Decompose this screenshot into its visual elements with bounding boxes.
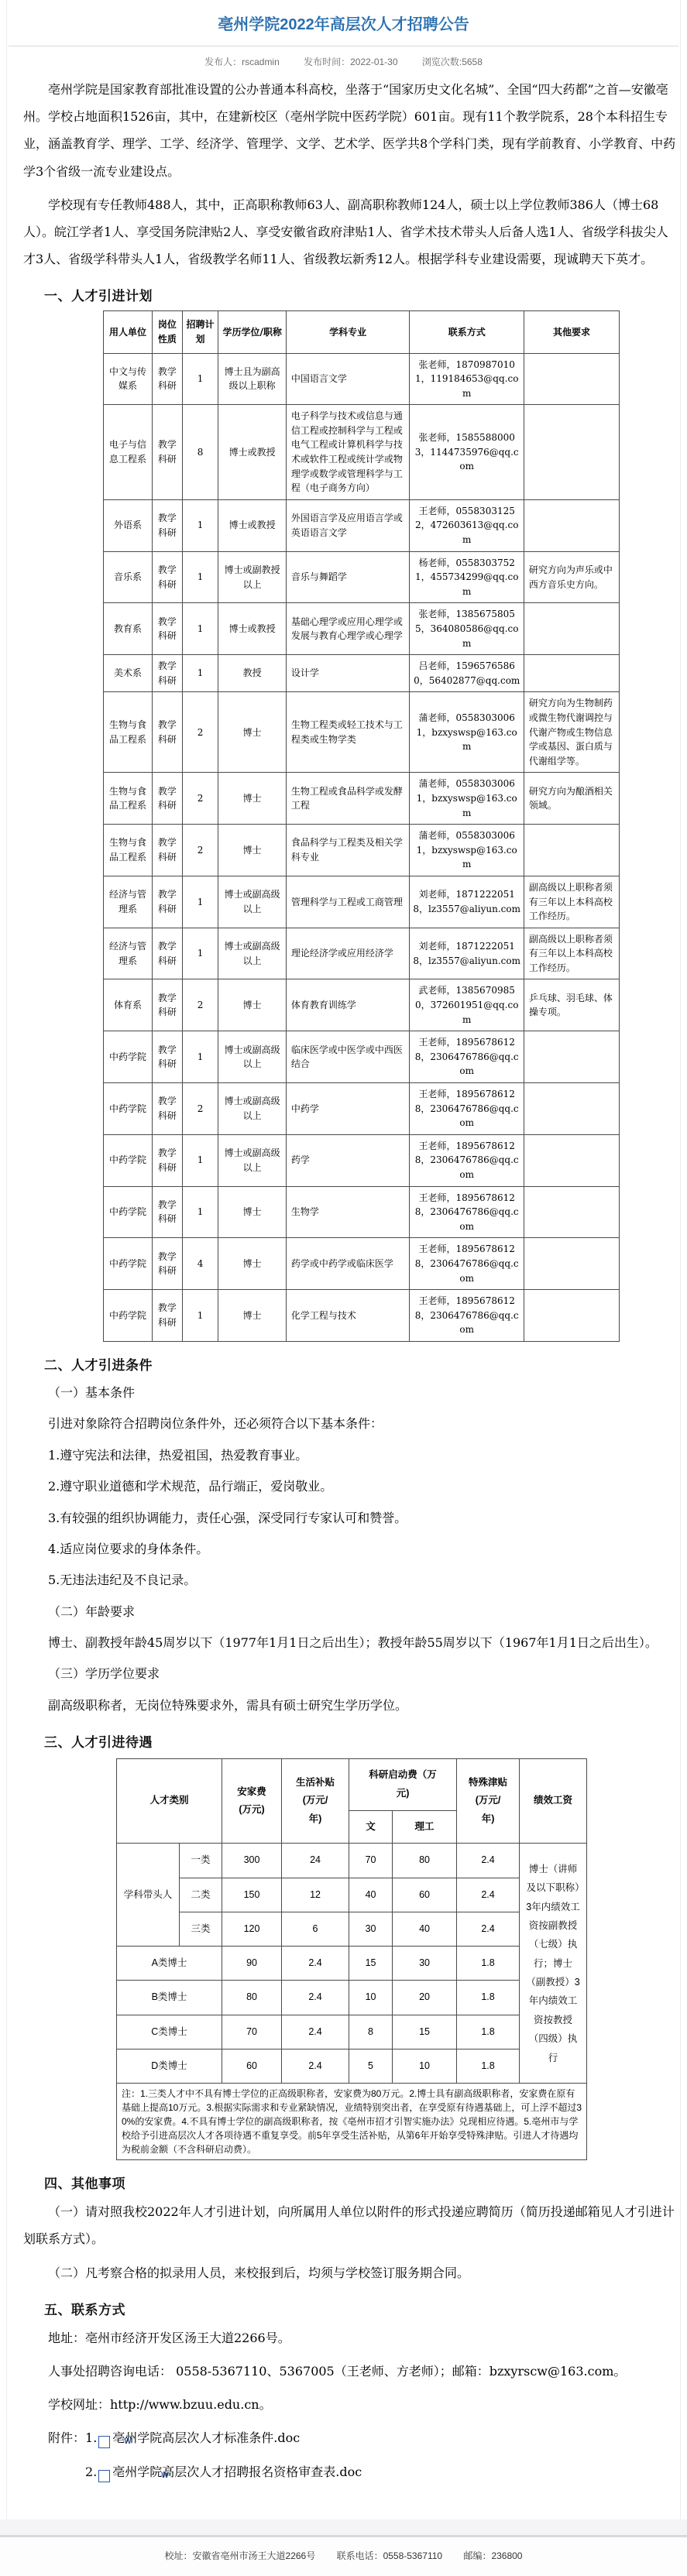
- plan-table-cell: 研究方向为酿酒相关领域。: [524, 773, 619, 825]
- attachment-name: 亳州学院高层次人才标准条件.doc: [112, 2430, 300, 2445]
- plan-table-cell: 药学或中药学或临床医学: [286, 1238, 410, 1290]
- plan-table-cell: 张老师，18709870101，119184653@qq.com: [410, 353, 524, 405]
- plan-table-row: 教育系教学科研1博士或教授基础心理学或应用心理学或发展与教育心理学或心理学张老师…: [104, 603, 620, 655]
- plan-table-cell: 音乐系: [104, 551, 153, 603]
- plan-table-cell: 王老师，18956786128，2306476786@qq.com: [410, 1031, 524, 1083]
- plan-table-header-row: 用人单位 岗位性质 招聘计划 学历学位/职称 学科专业 联系方式 其他要求: [104, 311, 620, 353]
- footer-band: [0, 2519, 687, 2535]
- plan-table-cell: 理论经济学或应用经济学: [286, 928, 410, 979]
- plan-table-row: 中药学院教学科研1博士生物学王老师，18956786128，2306476786…: [104, 1186, 620, 1238]
- treat-value-cell: 10: [349, 1981, 393, 2015]
- plan-table-cell: 1: [182, 1290, 218, 1342]
- article-card: 亳州学院2022年高层次人才招聘公告 发布人：rscadmin 发布时间：202…: [6, 0, 681, 2519]
- treat-value-cell: 40: [349, 1878, 393, 1912]
- plan-header-post-type: 岗位性质: [153, 311, 183, 353]
- plan-table-row: 中文与传媒系教学科研1博士且为副高级以上职称中国语言文学张老师，18709870…: [104, 353, 620, 405]
- plan-table-cell: 临床医学或中医学或中西医结合: [286, 1031, 410, 1083]
- plan-table-cell: 电子与信息工程系: [104, 405, 153, 500]
- plan-table-cell: 中药学: [286, 1083, 410, 1135]
- treat-tier-label: 二类: [180, 1878, 222, 1912]
- plan-table-cell: 中药学院: [104, 1238, 153, 1290]
- treat-value-cell: 2.4: [282, 1981, 349, 2015]
- treat-value-cell: 70: [222, 2015, 282, 2049]
- treat-tier-label: 一类: [180, 1844, 222, 1878]
- plan-table-cell: 教学科研: [153, 655, 183, 692]
- treat-value-cell: 2.4: [457, 1912, 520, 1946]
- plan-table-cell: 博士: [218, 692, 286, 773]
- plan-table-cell: 生物工程或食品科学或发酵工程: [286, 773, 410, 825]
- section2-title: 二、人才引进条件: [23, 1354, 677, 1374]
- basic-conditions-title: （一）基本条件: [23, 1380, 677, 1406]
- treat-value-cell: 20: [393, 1981, 457, 2015]
- contact-website: 学校网址：http://www.bzuu.edu.cn。: [23, 2391, 677, 2418]
- plan-table-cell: 音乐与舞蹈学: [286, 551, 410, 603]
- plan-table-cell: 博士: [218, 1238, 286, 1290]
- plan-table-cell: 基础心理学或应用心理学或发展与教育心理学或心理学: [286, 603, 410, 655]
- attachment-link-1[interactable]: 1.亳州学院高层次人才标准条件.doc: [85, 2430, 300, 2445]
- treat-tier-row: 学科带头人一类3002470802.4博士（讲师及以下职称）3年内绩效工资按副教…: [117, 1844, 587, 1878]
- footer-phone: 联系电话：0558-5367110: [337, 2550, 443, 2561]
- plan-table-cell: 生物与食品工程系: [104, 692, 153, 773]
- treat-value-cell: 15: [349, 1947, 393, 1981]
- treat-value-cell: 6: [282, 1912, 349, 1946]
- plan-table-cell: 药学: [286, 1134, 410, 1186]
- plan-table-row: 美术系教学科研1教授设计学吕老师，15965765860，56402877@qq…: [104, 655, 620, 692]
- intro-paragraph-1: 亳州学院是国家教育部批准设置的公办普通本科高校，坐落于“国家历史文化名城”、全国…: [23, 76, 677, 185]
- plan-table-cell: 中药学院: [104, 1031, 153, 1083]
- basic-condition-item: 2.遵守职业道德和学术规范，品行端正，爱岗敬业。: [23, 1473, 677, 1500]
- treat-header-category: 人才类别: [117, 1759, 222, 1844]
- plan-table-cell: 2: [182, 773, 218, 825]
- plan-table-cell: 研究方向为生物制药或微生物代谢调控与代谢产物或生物信息学或基因、蛋白质与代谢组学…: [524, 692, 619, 773]
- plan-table-cell: 博士: [218, 773, 286, 825]
- plan-header-contact: 联系方式: [410, 311, 524, 353]
- plan-table-cell: 张老师，15855880003，1144735976@qq.com: [410, 405, 524, 500]
- basic-condition-item: 1.遵守宪法和法律，热爱祖国，热爱教育事业。: [23, 1442, 677, 1469]
- treat-value-cell: 2.4: [282, 1947, 349, 1981]
- plan-table-cell: 1: [182, 1134, 218, 1186]
- plan-table-cell: 吕老师，15965765860，56402877@qq.com: [410, 655, 524, 692]
- plan-table-cell: 蒲老师，05583030061，bzxyswsp@163.com: [410, 692, 524, 773]
- treat-value-cell: 30: [349, 1912, 393, 1946]
- treat-header-row-1: 人才类别 安家费 (万元) 生活补贴 (万元/ 年) 科研启动费（万 元) 特殊…: [117, 1759, 587, 1811]
- plan-table-cell: 博士: [218, 1186, 286, 1238]
- plan-table-cell: 博士: [218, 979, 286, 1031]
- treat-value-cell: 80: [222, 1981, 282, 2015]
- attachment-link-2[interactable]: 2.亳州学院高层次人才招聘报名资格审查表.doc: [85, 2465, 362, 2479]
- plan-table-cell: 中国语言文学: [286, 353, 410, 405]
- plan-table-cell: 教学科研: [153, 499, 183, 551]
- plan-table-cell: [524, 499, 619, 551]
- plan-table-cell: 生物与食品工程系: [104, 825, 153, 876]
- plan-table-body: 中文与传媒系教学科研1博士且为副高级以上职称中国语言文学张老师，18709870…: [104, 353, 620, 1341]
- plan-table-cell: 博士或副教授以上: [218, 551, 286, 603]
- treat-value-cell: 60: [393, 1878, 457, 1912]
- plan-header-count: 招聘计划: [182, 311, 218, 353]
- plan-table-cell: 1: [182, 353, 218, 405]
- treat-tier-row: 三类120630402.4: [117, 1912, 587, 1946]
- attachment-number: 2.: [85, 2465, 97, 2479]
- treat-value-cell: 30: [393, 1947, 457, 1981]
- treat-doctor-label: C类博士: [117, 2015, 222, 2049]
- intro-paragraph-2: 学校现有专任教师488人，其中，正高职称教师63人、副高职称教师124人，硕士以…: [23, 191, 677, 273]
- footer-text: 校址：安徽省亳州市汤王大道2266号 联系电话：0558-5367110 邮编：…: [0, 2537, 687, 2576]
- treat-note-cell: 注：1.三类人才中不具有博士学位的正高级职称者，安家费为80万元。2.博士具有副…: [117, 2084, 587, 2160]
- plan-table-cell: 设计学: [286, 655, 410, 692]
- plan-table-cell: 教授: [218, 655, 286, 692]
- plan-table-cell: 教学科研: [153, 1238, 183, 1290]
- plan-table-cell: [524, 405, 619, 500]
- treat-value-cell: 15: [393, 2015, 457, 2049]
- word-doc-icon: [98, 2436, 110, 2448]
- plan-table-cell: 体育教育训练学: [286, 979, 410, 1031]
- plan-table-cell: 张老师，13856758055，364080586@qq.com: [410, 603, 524, 655]
- treat-value-cell: 8: [349, 2015, 393, 2049]
- age-requirement-title: （二）年龄要求: [23, 1599, 677, 1625]
- treat-value-cell: 150: [222, 1878, 282, 1912]
- plan-table-cell: 博士或教授: [218, 499, 286, 551]
- treat-value-cell: 5: [349, 2049, 393, 2083]
- plan-table-row: 经济与管理系教学科研1博士或副高级以上管理科学与工程或工商管理刘老师，18712…: [104, 876, 620, 928]
- plan-table-cell: 教学科研: [153, 825, 183, 876]
- plan-table-row: 生物与食品工程系教学科研2博士生物工程类或轻工技术与工程类或生物学类蒲老师，05…: [104, 692, 620, 773]
- plan-table-cell: 中文与传媒系: [104, 353, 153, 405]
- treat-doctor-label: A类博士: [117, 1947, 222, 1981]
- treat-value-cell: 90: [222, 1947, 282, 1981]
- section4-title: 四、其他事项: [23, 2173, 677, 2192]
- plan-table-cell: 1: [182, 499, 218, 551]
- plan-table-cell: 王老师，18956786128，2306476786@qq.com: [410, 1186, 524, 1238]
- plan-table-cell: 博士或副高级以上: [218, 1083, 286, 1135]
- plan-table-cell: 生物学: [286, 1186, 410, 1238]
- treat-value-cell: 120: [222, 1912, 282, 1946]
- plan-table-cell: 4: [182, 1238, 218, 1290]
- plan-table-cell: 1: [182, 1186, 218, 1238]
- plan-table-cell: [524, 1134, 619, 1186]
- plan-table-cell: 武老师，13856709850，372601951@qq.com: [410, 979, 524, 1031]
- plan-table-cell: 博士或副高级以上: [218, 1031, 286, 1083]
- plan-table-cell: 生物与食品工程系: [104, 773, 153, 825]
- treat-header-perf: 绩效工资: [520, 1759, 587, 1844]
- plan-table-row: 中药学院教学科研4博士药学或中药学或临床医学王老师，18956786128，23…: [104, 1238, 620, 1290]
- plan-table-cell: [524, 825, 619, 876]
- treat-perf-cell: 博士（讲师及以下职称）3年内绩效工资按副教授（七级）执行；博士（副教授）3年内绩…: [520, 1844, 587, 2084]
- plan-table-cell: 中药学院: [104, 1290, 153, 1342]
- plan-table-cell: 教学科研: [153, 1083, 183, 1135]
- plan-table-row: 外语系教学科研1博士或教授外国语言学及应用语言学或英语语言文学王老师，05583…: [104, 499, 620, 551]
- plan-table-cell: 1: [182, 876, 218, 928]
- treat-value-cell: 2.4: [457, 1844, 520, 1878]
- other-matters-p2: （二）凡考察合格的拟录用人员，来校报到后，均须与学校签订服务期合同。: [23, 2259, 677, 2286]
- treat-tier-label: 三类: [180, 1912, 222, 1946]
- plan-table-cell: 中药学院: [104, 1134, 153, 1186]
- treat-doctor-row: D类博士602.45101.8: [117, 2049, 587, 2083]
- plan-table-cell: 体育系: [104, 979, 153, 1031]
- plan-table-cell: 教学科研: [153, 353, 183, 405]
- plan-table-cell: 刘老师，18712220518，lz3557@aliyun.com: [410, 928, 524, 979]
- plan-table-cell: 教学科研: [153, 979, 183, 1031]
- footer-zip: 邮编：236800: [463, 2550, 522, 2561]
- basic-conditions-intro: 引进对象除符合招聘岗位条件外，还必须符合以下基本条件：: [23, 1411, 677, 1437]
- degree-requirement-title: （三）学历学位要求: [23, 1661, 677, 1687]
- word-doc-icon: [98, 2470, 110, 2482]
- section3-title: 三、人才引进待遇: [23, 1731, 677, 1751]
- plan-table-cell: 教学科研: [153, 773, 183, 825]
- plan-table-cell: 2: [182, 1083, 218, 1135]
- treat-group-cell: 学科带头人: [117, 1844, 180, 1947]
- meta-publish-time: 发布时间：2022-01-30: [304, 57, 397, 67]
- basic-condition-item: 4.适应岗位要求的身体条件。: [23, 1536, 677, 1562]
- contact-address: 地址：亳州市经济开发区汤王大道2266号。: [23, 2324, 677, 2351]
- plan-table-cell: 博士或副高级以上: [218, 928, 286, 979]
- article-content: 亳州学院是国家教育部批准设置的公办普通本科高校，坐落于“国家历史文化名城”、全国…: [7, 76, 680, 2485]
- plan-header-major: 学科专业: [286, 311, 410, 353]
- plan-table-cell: 博士: [218, 825, 286, 876]
- plan-table-cell: 研究方向为声乐或中西方音乐史方向。: [524, 551, 619, 603]
- plan-table-cell: [524, 1083, 619, 1135]
- plan-table-cell: 教学科研: [153, 876, 183, 928]
- plan-table-row: 经济与管理系教学科研1博士或副高级以上理论经济学或应用经济学刘老师，187122…: [104, 928, 620, 979]
- contact-phone: 人事处招聘咨询电话： 0558-5367110、5367005（王老师、方老师）…: [23, 2358, 677, 2385]
- treat-value-cell: 2.4: [282, 2015, 349, 2049]
- treat-header-ligong: 理工: [393, 1810, 457, 1844]
- plan-table-cell: 王老师，18956786128，2306476786@qq.com: [410, 1134, 524, 1186]
- plan-table-cell: 蒲老师，05583030061，bzxyswsp@163.com: [410, 825, 524, 876]
- footer-address: 校址：安徽省亳州市汤王大道2266号: [165, 2550, 316, 2561]
- plan-table-cell: [524, 353, 619, 405]
- plan-table-cell: 8: [182, 405, 218, 500]
- plan-table-cell: 蒲老师，05583030061，bzxyswsp@163.com: [410, 773, 524, 825]
- plan-table-cell: 教学科研: [153, 928, 183, 979]
- treat-value-cell: 1.8: [457, 2015, 520, 2049]
- plan-table-cell: 乒乓球、羽毛球、体操专项。: [524, 979, 619, 1031]
- plan-table-row: 中药学院教学科研2博士或副高级以上中药学王老师，18956786128，2306…: [104, 1083, 620, 1135]
- plan-table-cell: 博士或副高级以上: [218, 1134, 286, 1186]
- plan-table-cell: 教学科研: [153, 1134, 183, 1186]
- meta-views: 浏览次数:5658: [422, 57, 483, 67]
- plan-header-other: 其他要求: [524, 311, 619, 353]
- plan-table-row: 电子与信息工程系教学科研8博士或教授电子科学与技术或信息与通信工程或控制科学与工…: [104, 405, 620, 500]
- plan-table-cell: 博士或副高级以上: [218, 876, 286, 928]
- degree-requirement-text: 副高级职称者，无岗位特殊要求外，需具有硕士研究生学历学位。: [23, 1693, 677, 1719]
- plan-table-cell: 1: [182, 603, 218, 655]
- plan-table-cell: 博士或教授: [218, 405, 286, 500]
- treat-value-cell: 70: [349, 1844, 393, 1878]
- plan-table-cell: 博士或教授: [218, 603, 286, 655]
- plan-table-cell: 生物工程类或轻工技术与工程类或生物学类: [286, 692, 410, 773]
- plan-table-cell: 教学科研: [153, 1186, 183, 1238]
- plan-table-cell: 教学科研: [153, 405, 183, 500]
- treatment-table: 人才类别 安家费 (万元) 生活补贴 (万元/ 年) 科研启动费（万 元) 特殊…: [116, 1758, 587, 2160]
- plan-table-cell: 经济与管理系: [104, 928, 153, 979]
- plan-table-row: 生物与食品工程系教学科研2博士生物工程或食品科学或发酵工程蒲老师，0558303…: [104, 773, 620, 825]
- treat-tier-row: 二类1501240602.4: [117, 1878, 587, 1912]
- treat-doctor-row: B类博士802.410201.8: [117, 1981, 587, 2015]
- treat-header-living: 生活补贴 (万元/ 年): [282, 1759, 349, 1844]
- treat-value-cell: 2.4: [457, 1878, 520, 1912]
- treat-value-cell: 60: [222, 2049, 282, 2083]
- plan-table-cell: 经济与管理系: [104, 876, 153, 928]
- plan-table-cell: 中药学院: [104, 1186, 153, 1238]
- treat-header-settle: 安家费 (万元): [222, 1759, 282, 1844]
- plan-table-cell: 博士: [218, 1290, 286, 1342]
- plan-table-cell: 管理科学与工程或工商管理: [286, 876, 410, 928]
- attachment-name: 亳州学院高层次人才招聘报名资格审查表.doc: [112, 2465, 362, 2479]
- plan-header-unit: 用人单位: [104, 311, 153, 353]
- attachments-label: 附件：: [48, 2430, 85, 2445]
- basic-condition-item: 3.有较强的组织协调能力，责任心强，深受同行专家认可和赞誉。: [23, 1505, 677, 1532]
- plan-table-cell: [524, 603, 619, 655]
- treat-header-research: 科研启动费（万 元): [349, 1759, 457, 1811]
- plan-table-cell: 1: [182, 551, 218, 603]
- other-matters-p1: （一）请对照我校2022年人才引进计划，向所属用人单位以附件的形式投递应聘简历（…: [23, 2198, 677, 2252]
- plan-table-cell: 教学科研: [153, 603, 183, 655]
- plan-table-cell: 刘老师，18712220518，lz3557@aliyun.com: [410, 876, 524, 928]
- basic-condition-item: 5.无违法违纪及不良记录。: [23, 1567, 677, 1593]
- plan-table-cell: 外语系: [104, 499, 153, 551]
- treat-value-cell: 40: [393, 1912, 457, 1946]
- recruitment-plan-table: 用人单位 岗位性质 招聘计划 学历学位/职称 学科专业 联系方式 其他要求 中文…: [103, 310, 620, 1342]
- plan-table-cell: 杨老师，05583037521，455734299@qq.com: [410, 551, 524, 603]
- section1-title: 一、人才引进计划: [23, 285, 677, 304]
- plan-table-cell: 教学科研: [153, 551, 183, 603]
- plan-table-cell: [524, 1186, 619, 1238]
- plan-table-cell: 副高级以上职称者须有三年以上本科高校工作经历。: [524, 876, 619, 928]
- plan-table-cell: [524, 1031, 619, 1083]
- treat-doctor-row: A类博士902.415301.8: [117, 1947, 587, 1981]
- page-title: 亳州学院2022年高层次人才招聘公告: [7, 0, 680, 44]
- age-requirement-text: 博士、副教授年龄45周岁以下（1977年1月1日之后出生）；教授年龄55周岁以下…: [23, 1630, 677, 1656]
- treat-value-cell: 1.8: [457, 1981, 520, 2015]
- treat-doctor-label: B类博士: [117, 1981, 222, 2015]
- plan-table-row: 体育系教学科研2博士体育教育训练学武老师，13856709850，3726019…: [104, 979, 620, 1031]
- treat-table-body: 学科带头人一类3002470802.4博士（讲师及以下职称）3年内绩效工资按副教…: [117, 1844, 587, 2160]
- plan-table-cell: [524, 655, 619, 692]
- plan-table-cell: 2: [182, 979, 218, 1031]
- plan-table-cell: 2: [182, 825, 218, 876]
- plan-table-cell: 2: [182, 692, 218, 773]
- plan-table-cell: 教学科研: [153, 1031, 183, 1083]
- plan-table-cell: 中药学院: [104, 1083, 153, 1135]
- treat-doctor-label: D类博士: [117, 2049, 222, 2083]
- article-meta: 发布人：rscadmin 发布时间：2022-01-30 浏览次数:5658: [7, 46, 680, 70]
- treat-value-cell: 24: [282, 1844, 349, 1878]
- treat-value-cell: 300: [222, 1844, 282, 1878]
- plan-table-cell: 1: [182, 655, 218, 692]
- plan-table-cell: [524, 1290, 619, 1342]
- plan-table-row: 中药学院教学科研1博士或副高级以上临床医学或中医学或中西医结合王老师，18956…: [104, 1031, 620, 1083]
- plan-table-cell: 教学科研: [153, 1290, 183, 1342]
- plan-table-cell: [524, 1238, 619, 1290]
- treat-header-special: 特殊津贴 (万元/ 年): [457, 1759, 520, 1844]
- plan-table-cell: 王老师，18956786128，2306476786@qq.com: [410, 1083, 524, 1135]
- attachment-number: 1.: [85, 2430, 97, 2445]
- treat-value-cell: 10: [393, 2049, 457, 2083]
- page-footer: 校址：安徽省亳州市汤王大道2266号 联系电话：0558-5367110 邮编：…: [0, 2519, 687, 2576]
- plan-table-cell: 外国语言学及应用语言学或英语语言文学: [286, 499, 410, 551]
- plan-table-cell: 博士且为副高级以上职称: [218, 353, 286, 405]
- plan-table-cell: 1: [182, 1031, 218, 1083]
- treat-note-row: 注：1.三类人才中不具有博士学位的正高级职称者，安家费为80万元。2.博士具有副…: [117, 2084, 587, 2160]
- plan-table-cell: 1: [182, 928, 218, 979]
- plan-table-row: 音乐系教学科研1博士或副教授以上音乐与舞蹈学杨老师，05583037521，45…: [104, 551, 620, 603]
- treat-value-cell: 80: [393, 1844, 457, 1878]
- treat-header-wen: 文: [349, 1810, 393, 1844]
- plan-table-cell: 王老师，18956786128，2306476786@qq.com: [410, 1238, 524, 1290]
- treat-value-cell: 2.4: [282, 2049, 349, 2083]
- plan-table-cell: 美术系: [104, 655, 153, 692]
- plan-header-degree: 学历学位/职称: [218, 311, 286, 353]
- plan-table-cell: 副高级以上职称者须有三年以上本科高校工作经历。: [524, 928, 619, 979]
- plan-table-cell: 化学工程与技术: [286, 1290, 410, 1342]
- treat-value-cell: 1.8: [457, 1947, 520, 1981]
- section5-title: 五、联系方式: [23, 2299, 677, 2318]
- plan-table-row: 中药学院教学科研1博士或副高级以上药学王老师，18956786128，23064…: [104, 1134, 620, 1186]
- attachments-line-1: 附件：1.亳州学院高层次人才标准条件.doc: [23, 2424, 677, 2451]
- plan-table-cell: 王老师，18956786128，2306476786@qq.com: [410, 1290, 524, 1342]
- plan-table-cell: 食品科学与工程类及相关学科专业: [286, 825, 410, 876]
- plan-table-cell: 教学科研: [153, 692, 183, 773]
- plan-table-row: 中药学院教学科研1博士化学工程与技术王老师，18956786128，230647…: [104, 1290, 620, 1342]
- plan-table-cell: 教育系: [104, 603, 153, 655]
- plan-table-cell: 王老师，05583031252，472603613@qq.com: [410, 499, 524, 551]
- meta-publisher: 发布人：rscadmin: [204, 57, 280, 67]
- plan-table-row: 生物与食品工程系教学科研2博士食品科学与工程类及相关学科专业蒲老师，055830…: [104, 825, 620, 876]
- plan-table-cell: 电子科学与技术或信息与通信工程或控制科学与工程或电气工程或计算机科学与技术或软件…: [286, 405, 410, 500]
- treat-value-cell: 12: [282, 1878, 349, 1912]
- treat-doctor-row: C类博士702.48151.8: [117, 2015, 587, 2049]
- attachments-line-2: 2.亳州学院高层次人才招聘报名资格审查表.doc: [23, 2458, 677, 2485]
- treat-value-cell: 1.8: [457, 2049, 520, 2083]
